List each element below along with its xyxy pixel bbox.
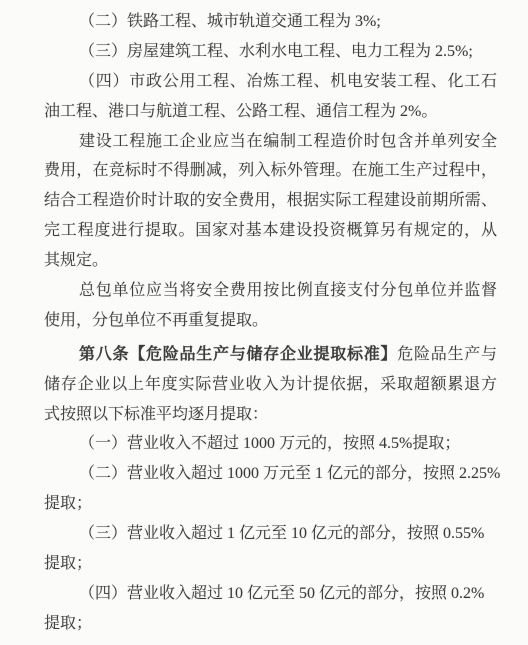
text-segment: 储存企业以上年度实际营业收入为计提依据，采取超额累退方 bbox=[44, 376, 497, 393]
text-line: （四）市政公用工程、冶炼工程、机电安装工程、化工石 bbox=[44, 67, 497, 97]
text-segment: （三）房屋建筑工程、水利水电工程、电力工程为 2.5%; bbox=[79, 43, 473, 60]
text-segment: 建设工程施工企业应当在编制工程造价时包含并单列安全 bbox=[79, 133, 497, 150]
text-line: （一）营业收入不超过 1000 万元的，按照 4.5%提取； bbox=[44, 429, 497, 459]
text-line: 第八条【危险品生产与储存企业提取标准】危险品生产与 bbox=[44, 340, 497, 370]
text-segment: 提取； bbox=[44, 555, 92, 572]
text-segment: （四）营业收入超过 10 亿元至 50 亿元的部分，按照 0.2% bbox=[79, 585, 484, 602]
text-line: 式按照以下标准平均逐月提取： bbox=[44, 400, 497, 430]
text-segment: 危险品生产与 bbox=[397, 346, 497, 363]
text-line: （三）房屋建筑工程、水利水电工程、电力工程为 2.5%; bbox=[44, 37, 497, 67]
text-line: 使用，分包单位不再重复提取。 bbox=[44, 306, 497, 336]
text-line: 建设工程施工企业应当在编制工程造价时包含并单列安全 bbox=[44, 127, 497, 157]
text-segment: 费用，在竞标时不得删减，列入标外管理。在施工生产过程中， bbox=[44, 162, 497, 179]
text-segment: （一）营业收入不超过 1000 万元的，按照 4.5%提取； bbox=[79, 435, 460, 452]
text-line: 提取； bbox=[44, 609, 497, 639]
text-line: 完工程度进行提取。国家对基本建设投资概算另有规定的，从 bbox=[44, 216, 497, 246]
text-segment: 完工程度进行提取。国家对基本建设投资概算另有规定的，从 bbox=[44, 222, 497, 239]
text-segment: 其规定。 bbox=[44, 252, 108, 269]
text-segment: （二）营业收入超过 1000 万元至 1 亿元的部分，按照 2.25% bbox=[79, 465, 500, 482]
text-segment: （四）市政公用工程、冶炼工程、机电安装工程、化工石 bbox=[79, 73, 497, 90]
text-segment: 提取； bbox=[44, 495, 92, 512]
text-line: 储存企业以上年度实际营业收入为计提依据，采取超额累退方 bbox=[44, 370, 497, 400]
text-line: 费用，在竞标时不得删减，列入标外管理。在施工生产过程中， bbox=[44, 156, 497, 186]
text-segment: 提取； bbox=[44, 615, 92, 632]
text-segment: 结合工程造价时计取的安全费用，根据实际工程建设前期所需、 bbox=[44, 192, 497, 209]
text-line: 结合工程造价时计取的安全费用，根据实际工程建设前期所需、 bbox=[44, 186, 497, 216]
text-line: （四）营业收入超过 10 亿元至 50 亿元的部分，按照 0.2% bbox=[44, 579, 497, 609]
text-line: （二）铁路工程、城市轨道交通工程为 3%; bbox=[44, 7, 497, 37]
text-segment: （三）营业收入超过 1 亿元至 10 亿元的部分，按照 0.55% bbox=[79, 525, 484, 542]
document-page: （二）铁路工程、城市轨道交通工程为 3%;（三）房屋建筑工程、水利水电工程、电力… bbox=[0, 0, 528, 645]
text-segment: 总包单位应当将安全费用按比例直接支付分包单位并监督 bbox=[79, 282, 497, 299]
text-segment: 油工程、港口与航道工程、公路工程、通信工程为 2%。 bbox=[44, 103, 437, 120]
text-segment: （二）铁路工程、城市轨道交通工程为 3%; bbox=[79, 13, 381, 30]
text-segment: 式按照以下标准平均逐月提取： bbox=[44, 406, 268, 423]
document-body: （二）铁路工程、城市轨道交通工程为 3%;（三）房屋建筑工程、水利水电工程、电力… bbox=[44, 7, 497, 639]
text-line: 总包单位应当将安全费用按比例直接支付分包单位并监督 bbox=[44, 276, 497, 306]
text-line: （三）营业收入超过 1 亿元至 10 亿元的部分，按照 0.55% bbox=[44, 519, 497, 549]
text-line: 提取； bbox=[44, 549, 497, 579]
text-line: 油工程、港口与航道工程、公路工程、通信工程为 2%。 bbox=[44, 97, 497, 127]
text-line: 其规定。 bbox=[44, 246, 497, 276]
text-line: 提取； bbox=[44, 489, 497, 519]
text-line: （二）营业收入超过 1000 万元至 1 亿元的部分，按照 2.25% bbox=[44, 459, 497, 489]
text-segment: 使用，分包单位不再重复提取。 bbox=[44, 312, 268, 329]
article-heading-segment: 第八条【危险品生产与储存企业提取标准】 bbox=[79, 346, 397, 363]
